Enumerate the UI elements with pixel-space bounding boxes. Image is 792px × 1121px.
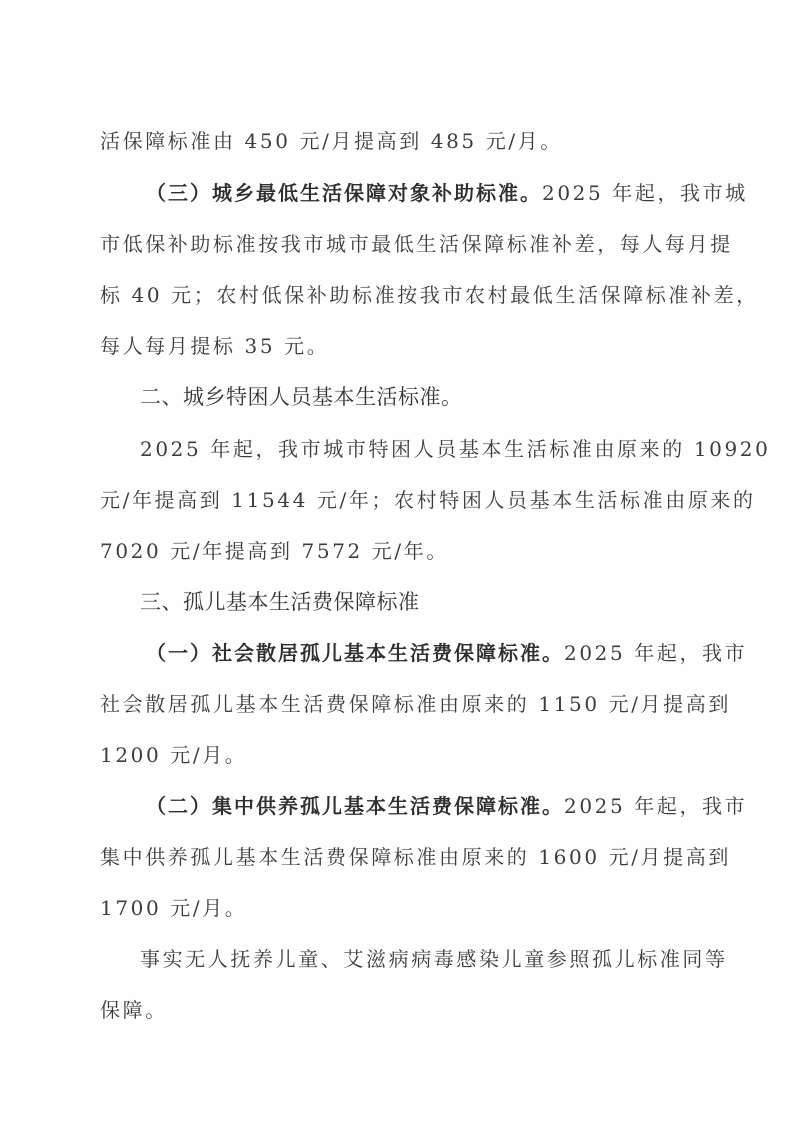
section-heading: 二、城乡特困人员基本生活标准。 [140,384,704,410]
paragraph-line: 标 40 元；农村低保补助标准按我市农村最低生活保障标准补差， [100,282,704,308]
body-text: 集中供养孤儿基本生活费保障标准由原来的 1600 元/月提高到 [100,845,731,869]
subsection-line: （三）城乡最低生活保障对象补助标准。2025 年起，我市城 [146,180,704,206]
paragraph-line: 1200 元/月。 [100,742,704,768]
document-page: 活保障标准由 450 元/月提高到 485 元/月。 （三）城乡最低生活保障对象… [0,0,792,1121]
subsection-title: （一）社会散居孤儿基本生活费保障标准。 [146,641,564,665]
body-text: 2025 年起，我市 [564,641,747,665]
body-text: 市低保补助标准按我市城市最低生活保障标准补差，每人每月提 [100,232,733,256]
body-text: 元/年提高到 11544 元/年；农村特困人员基本生活标准由原来的 [100,488,756,512]
paragraph-line: 集中供养孤儿基本生活费保障标准由原来的 1600 元/月提高到 [100,844,704,870]
paragraph-line: 事实无人抚养儿童、艾滋病病毒感染儿童参照孤儿标准同等 [140,946,704,972]
body-text: 事实无人抚养儿童、艾滋病病毒感染儿童参照孤儿标准同等 [140,947,728,971]
paragraph-line: 1700 元/月。 [100,895,704,921]
subsection-title: （三）城乡最低生活保障对象补助标准。 [146,181,542,205]
body-text: 活保障标准由 450 元/月提高到 485 元/月。 [100,129,563,153]
paragraph-line: 社会散居孤儿基本生活费保障标准由原来的 1150 元/月提高到 [100,691,704,717]
body-text: 社会散居孤儿基本生活费保障标准由原来的 1150 元/月提高到 [100,692,731,716]
subsection-title: （二）集中供养孤儿基本生活费保障标准。 [146,794,564,818]
body-text: 标 40 元；农村低保补助标准按我市农村最低生活保障标准补差， [100,283,759,307]
section-title: 三、孤儿基本生活费保障标准 [140,590,420,614]
paragraph-line: 保障。 [100,997,704,1023]
body-text: 1200 元/月。 [100,743,247,767]
body-text: 每人每月提标 35 元。 [100,334,329,358]
body-text: 1700 元/月。 [100,896,247,920]
subsection-line: （一）社会散居孤儿基本生活费保障标准。2025 年起，我市 [146,640,704,666]
section-heading: 三、孤儿基本生活费保障标准 [140,589,704,615]
section-title: 二、城乡特困人员基本生活标准。 [140,385,463,409]
paragraph-line: 每人每月提标 35 元。 [100,333,704,359]
subsection-line: （二）集中供养孤儿基本生活费保障标准。2025 年起，我市 [146,793,704,819]
paragraph-line: 2025 年起，我市城市特困人员基本生活标准由原来的 10920 [140,436,704,462]
body-text: 2025 年起，我市城 [542,181,748,205]
paragraph-line: 元/年提高到 11544 元/年；农村特困人员基本生活标准由原来的 [100,487,704,513]
body-text: 2025 年起，我市 [564,794,747,818]
body-text: 7020 元/年提高到 7572 元/年。 [100,539,449,563]
paragraph-line: 活保障标准由 450 元/月提高到 485 元/月。 [100,128,704,154]
body-text: 保障。 [100,998,168,1022]
paragraph-line: 7020 元/年提高到 7572 元/年。 [100,538,704,564]
paragraph-line: 市低保补助标准按我市城市最低生活保障标准补差，每人每月提 [100,231,704,257]
body-text: 2025 年起，我市城市特困人员基本生活标准由原来的 10920 [140,437,770,461]
